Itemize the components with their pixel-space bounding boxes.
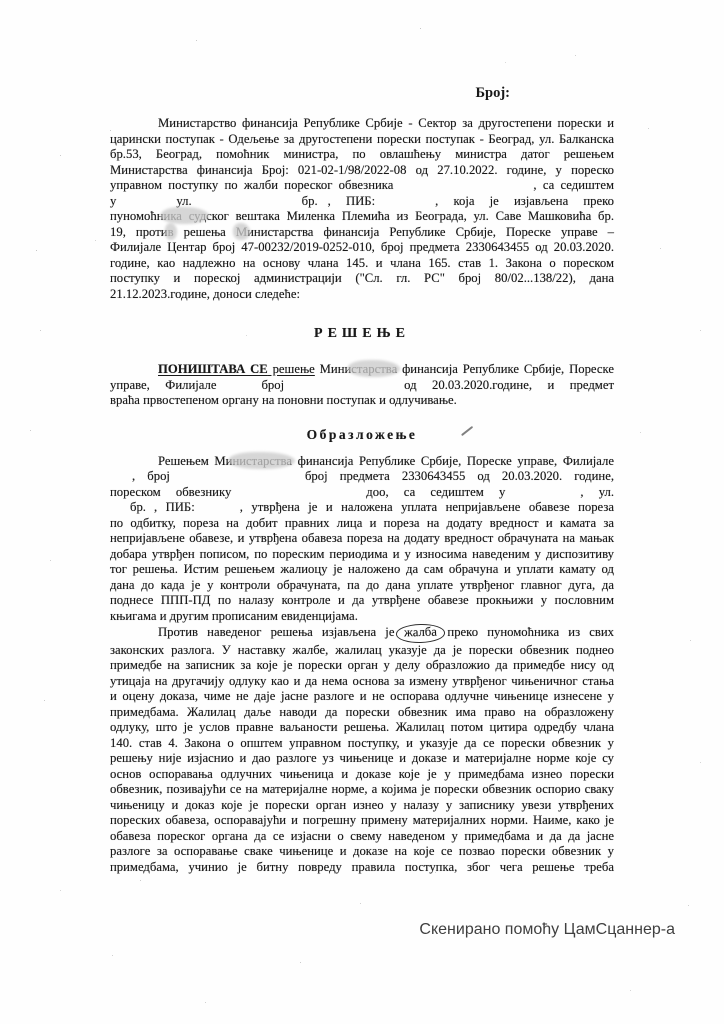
text-segment: бр.53, Београд, помоћник министра, по ов… (110, 147, 614, 161)
text-line: Министарство финансија Републике Србије … (110, 116, 614, 132)
text-line: ПОНИШТАВА СЕ решење Министарства финанси… (110, 362, 614, 378)
text-line: Против наведеног решења изјављена јежалб… (110, 624, 614, 643)
text-segment: разлоге за оспоравање сваке чињенице и д… (110, 844, 614, 858)
rationale-heading: Образложење (110, 426, 614, 443)
text-line: књигама и другим прописаним евиденцијама… (110, 609, 614, 625)
text-line: 21.12.2023.године, доноси следеће: (110, 287, 614, 303)
text-line: пореских обавеза, оспоравајући и погрешн… (110, 813, 614, 829)
text-line: обвезник, позивајући се на материјалне н… (110, 782, 614, 798)
scanned-document-page: Број:Министарство финансија Републике Ср… (0, 0, 724, 1024)
text-segment: од 20.03.2020.године, и предмет (404, 378, 614, 392)
text-segment: решења (174, 225, 236, 239)
text-line: 19, против решења Министарства финансија… (110, 225, 614, 241)
redacted-blank (284, 387, 404, 389)
text-segment: , број (132, 469, 170, 483)
text-segment: поступку и пореској администрацији ("Сл.… (110, 271, 614, 285)
camscanner-footer: Скенирано помоћу ЦамСцаннер-а (419, 921, 675, 939)
text-line: законских разлога. У наставку жалбе, жал… (110, 643, 614, 659)
text-segment: дана до када је у контроли обрачуната, п… (110, 578, 614, 592)
text-line: Филијале Центар број 47-00232/2019-0252-… (110, 240, 614, 256)
text-segment: године, као надлежно на основу члана 145… (110, 256, 614, 270)
text-segment: ул. (176, 194, 191, 208)
decision-heading: РЕШЕЊЕ (110, 325, 614, 342)
text-segment: Против наведеног решења изјављена је (158, 625, 394, 639)
text-segment: , која је изјављена преко (435, 194, 614, 208)
text-line: примедбама, учинио је битну повреду прав… (110, 860, 614, 876)
text-segment: управе, Филијале (110, 378, 216, 392)
redacted-blank (116, 203, 176, 205)
text-segment: добара утврђен пописом, по пореским пери… (110, 547, 614, 561)
text-segment: примедбе на записник за које је порески … (110, 658, 614, 672)
text-line: обавеза пореског органа да се изјасни о … (110, 829, 614, 845)
text-line: основ оспоравања одлучних чињеница и док… (110, 767, 614, 783)
text-segment: Министарства финансија Број: 021-02-1/98… (110, 163, 614, 177)
text-line: управном поступку по жалби пореског обве… (110, 178, 614, 194)
text-line: бр.53, Београд, помоћник министра, по ов… (110, 147, 614, 163)
scan-noise (0, 0, 1, 1)
rationale-paragraph-1: Решењем Министарства финансија Републике… (110, 454, 614, 625)
text-segment: финансија Републике Србије, Пореске (397, 362, 614, 376)
smudged-text: нистарства (232, 454, 292, 468)
text-segment: бр. (302, 194, 318, 208)
text-segment: књигама и другим прописаним евиденцијама… (110, 609, 358, 623)
text-segment: чињеницу и доказ које је порески орган и… (110, 798, 614, 812)
text-line: године, као надлежно на основу члана 145… (110, 256, 614, 272)
redacted-blank (170, 478, 305, 480)
text-line: , бројброј предмета 2330643455 од 20.03.… (110, 469, 614, 485)
text-segment: Мини (315, 362, 352, 376)
text-line: поступку и пореској администрацији ("Сл.… (110, 271, 614, 287)
redacted-blank (110, 478, 132, 480)
text-line: примедбама. Жалилац даље наводи да порес… (110, 705, 614, 721)
text-segment: по одбитку, пореза на добит правних лица… (110, 516, 614, 530)
text-segment: 19, проти (110, 225, 168, 239)
text-line: бр., ПИБ:, утврђена је и наложена уплата… (110, 500, 614, 516)
text-line: пуномоћника судског вештака Миленка Плем… (110, 209, 614, 225)
text-segment: пореском обвезнику (110, 485, 231, 499)
redacted-blank (192, 203, 302, 205)
text-segment: доо, са седиштем у (366, 485, 505, 499)
redacted-blank (375, 203, 435, 205)
text-segment: обавеза пореског органа да се изјасни о … (110, 829, 614, 843)
text-segment: пуномоћн (110, 209, 164, 223)
redacted-blank (231, 494, 366, 496)
redacted-blank (393, 187, 533, 189)
text-segment: непријављене обавезе, и утврђена обавеза… (110, 531, 614, 545)
text-line: по одбитку, пореза на добит правних лица… (110, 516, 614, 532)
text-line: поднесе ППП-ПД по налазу контроле и да у… (110, 593, 614, 609)
text-line: враћа првостепеном органу на поновни пос… (110, 393, 614, 409)
text-segment: враћа првостепеном органу на поновни пос… (110, 393, 457, 407)
text-segment: примедбама, учинио је битну повреду прав… (110, 860, 614, 874)
text-segment: пореских обавеза, оспоравајући и погрешн… (110, 813, 614, 827)
pen-circled-word: жалба (396, 623, 445, 643)
text-segment: примедбама. Жалилац даље наводи да порес… (110, 705, 614, 719)
text-segment: поднесе ППП-ПД по налазу контроле и да у… (110, 593, 614, 607)
text-segment: Филијале Центар број 47-00232/2019-0252-… (110, 240, 614, 254)
text-segment: решење (268, 362, 315, 376)
text-segment: инистарства финансија Републике Србије, … (247, 225, 614, 239)
text-line: одлуку, што је услов правне ваљаности ре… (110, 720, 614, 736)
text-segment: одлуку, што је услов правне ваљаности ре… (110, 720, 614, 734)
smudged-text: в (168, 225, 174, 239)
text-segment: број предмета 2330643455 од 20.03.2020. … (305, 469, 614, 483)
text-segment: решењу није изјаснио и дао разлоге уз чи… (110, 751, 614, 765)
text-segment: , са седиштем (533, 178, 614, 192)
text-line: утицаја на другачију одлуку као и да нем… (110, 674, 614, 690)
text-segment: , ПИБ: (154, 500, 195, 514)
text-line: управе, Филијалебројод 20.03.2020.године… (110, 378, 614, 394)
text-line: царински поступак - Одељење за другостеп… (110, 132, 614, 148)
text-line: 140. став 4. Закона о општем управном по… (110, 736, 614, 752)
redacted-blank (110, 509, 130, 511)
text-segment: , ПИБ: (328, 194, 375, 208)
text-line: чињеницу и доказ које је порески орган и… (110, 798, 614, 814)
reference-number-line: Број: (110, 84, 614, 102)
text-segment: тог решења. Истим решењем жалиоцу је нал… (110, 562, 614, 576)
text-segment: управном поступку по жалби пореског обве… (110, 178, 393, 192)
smudged-text: ика суд (164, 209, 207, 223)
text-line: решењу није изјаснио и дао разлоге уз чи… (110, 751, 614, 767)
text-line: Решењем Министарства финансија Републике… (110, 454, 614, 470)
text-line: добара утврђен пописом, по пореским пери… (110, 547, 614, 563)
text-segment: , утврђена је и наложена уплата непријав… (240, 500, 614, 514)
text-segment: , ул. (580, 485, 614, 499)
disposition-paragraph: ПОНИШТАВА СЕ решење Министарства финанси… (110, 362, 614, 409)
text-segment: 21.12.2023.године, доноси следеће: (110, 287, 300, 301)
text-line: дана до када је у контроли обрачуната, п… (110, 578, 614, 594)
text-segment: бр. (130, 500, 146, 514)
text-line: пореском обвезникудоо, са седиштем у, ул… (110, 485, 614, 501)
redacted-blank (505, 494, 580, 496)
text-segment: обвезник, позивајући се на материјалне н… (110, 782, 614, 796)
smudged-text: старства (351, 362, 397, 376)
smudged-text: М (236, 225, 247, 239)
text-segment: у (110, 194, 116, 208)
text-line: Министарства финансија Број: 021-02-1/98… (110, 163, 614, 179)
text-line: тог решења. Истим решењем жалиоцу је нал… (110, 562, 614, 578)
text-line: разлоге за оспоравање сваке чињенице и д… (110, 844, 614, 860)
text-line: и оцену доказа, чиме не даје јасне разло… (110, 689, 614, 705)
intro-paragraph: Министарство финансија Републике Србије … (110, 116, 614, 302)
text-segment: основ оспоравања одлучних чињеница и док… (110, 767, 614, 781)
redacted-blank (318, 203, 328, 205)
document-body: Број:Министарство финансија Републике Ср… (110, 0, 614, 875)
text-segment: законских разлога. У наставку жалбе, жал… (110, 643, 614, 657)
text-segment: финансија Републике Србије, Пореске упра… (292, 454, 614, 468)
text-segment: царински поступак - Одељење за другостеп… (110, 132, 614, 146)
text-line: примедбе на записник за које је порески … (110, 658, 614, 674)
text-segment: број (261, 378, 284, 392)
text-segment: Решењем Ми (158, 454, 232, 468)
text-segment: преко пуномоћника из свих (447, 625, 614, 639)
text-segment: 140. став 4. Закона о општем управном по… (110, 736, 614, 750)
text-line: непријављене обавезе, и утврђена обавеза… (110, 531, 614, 547)
text-segment: и оцену доказа, чиме не даје јасне разло… (110, 689, 614, 703)
text-segment: Министарство финансија Републике Србије … (158, 116, 614, 130)
text-segment: утицаја на другачију одлуку као и да нем… (110, 674, 614, 688)
rationale-paragraph-2: Против наведеног решења изјављена јежалб… (110, 624, 614, 875)
redacted-blank (146, 509, 154, 511)
redacted-blank (195, 509, 240, 511)
text-segment: ског вештака Миленка Племића из Београда… (206, 209, 614, 223)
redacted-blank (216, 387, 261, 389)
text-segment: ПОНИШТАВА СЕ (158, 362, 268, 376)
